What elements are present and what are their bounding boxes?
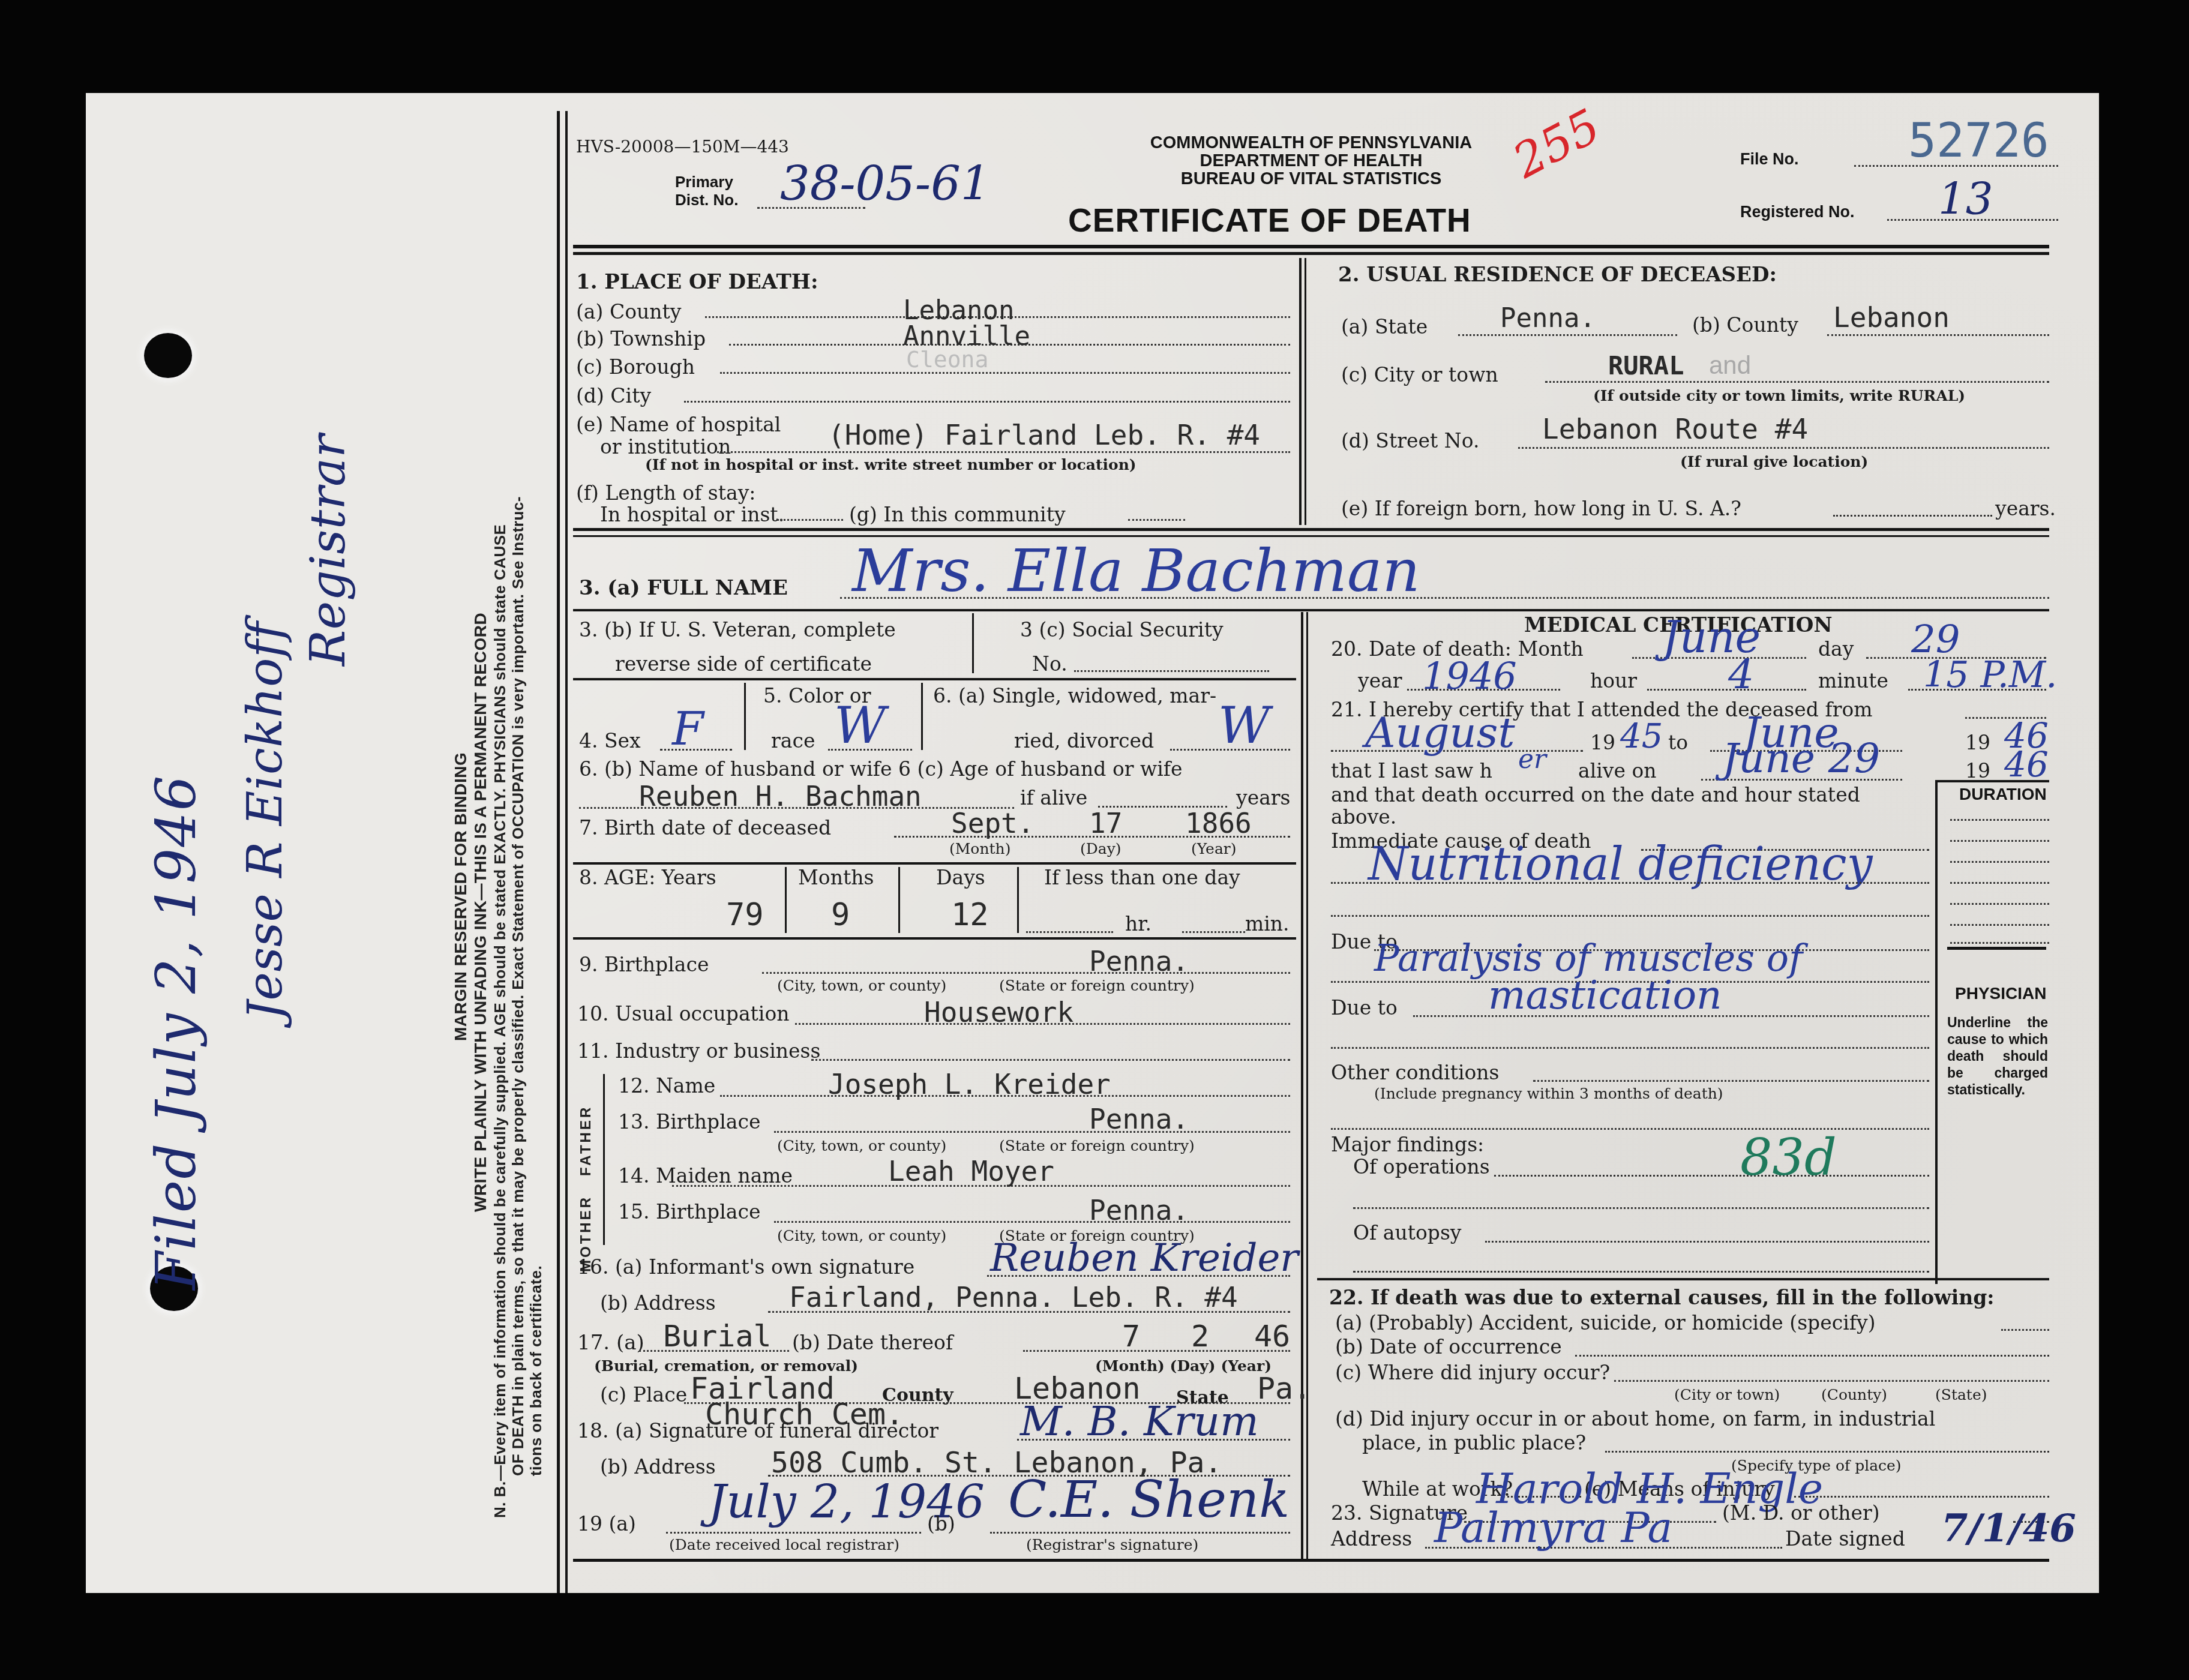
age-months-label: Months [798, 866, 874, 889]
marital-label: 6. (a) Single, widowed, mar- [933, 684, 1216, 707]
registrar-sig-line [990, 1532, 1290, 1534]
immediate-line-3 [1331, 915, 1929, 917]
res-county-value: Lebanon [1833, 301, 1950, 334]
commonwealth-heading: COMMONWEALTH OF PENNSYLVANIA [1119, 133, 1503, 153]
birth-year-caption: (Year) [1191, 840, 1237, 857]
sex-divider [744, 683, 746, 750]
death-hour-label: hour [1590, 669, 1637, 692]
hospital-label: (e) Name of hospital [576, 413, 781, 436]
primary-dist-value: 38-05-61 [780, 157, 990, 211]
instructions-line-3: tions on back of certificate. [527, 1265, 545, 1476]
death-minute-label: minute [1818, 669, 1888, 692]
filed-note: Filed July 2, 1946 [144, 775, 208, 1290]
duration-line-7 [1950, 942, 2049, 944]
parents-bracket [603, 1074, 605, 1245]
mother-birthplace-value: Penna. [1089, 1194, 1189, 1226]
age-divider-1 [785, 867, 787, 933]
sex-value: F [672, 702, 704, 755]
registrar-signature: C.E. Shenk [1008, 1470, 1290, 1529]
birth-month-caption: (Month) [949, 840, 1010, 857]
section-divider-1b [1305, 258, 1306, 525]
stay-label: (f) Length of stay: [576, 481, 755, 505]
birthplace-city-caption: (City, town, or county) [777, 977, 946, 994]
father-name-label: 12. Name [618, 1074, 715, 1097]
birth-month-value: Sept. [951, 807, 1034, 839]
borough-line [720, 372, 1290, 374]
birth-date-label: 7. Birth date of deceased [579, 816, 831, 839]
frame-left-rule-inner [565, 111, 568, 1593]
marital-label-2: ried, divorced [1014, 729, 1154, 752]
res-county-label: (b) County [1692, 313, 1798, 337]
race-divider [921, 683, 923, 750]
md-label: (M. D. or other) [1722, 1501, 1880, 1525]
funeral-director-signature: M. B. Krum [1020, 1398, 1259, 1445]
to-year-prefix: 19 [1965, 731, 1990, 754]
full-name-value: Mrs. Ella Bachman [852, 537, 1420, 605]
hospital-note: (If not in hospital or inst. write stree… [645, 456, 1137, 473]
institution-label: or institution [600, 435, 731, 458]
father-city-caption: (City, town, or county) [777, 1137, 946, 1154]
operations-line [1494, 1175, 1929, 1177]
hospital-value: (Home) Fairland Leb. R. #4 [828, 419, 1260, 451]
township-label: (b) Township [576, 327, 706, 350]
external-d-line [1605, 1451, 2049, 1453]
primary-label: Primary [675, 173, 733, 191]
spouse-value: Reuben H. Bachman [639, 780, 922, 812]
medical-divider-b [1306, 612, 1308, 1560]
duration-line-4 [1950, 882, 2049, 884]
stay-community-line [1128, 519, 1185, 521]
res-foreign-label: (e) If foreign born, how long in U. S. A… [1341, 497, 1741, 520]
industry-label: 11. Industry or business [577, 1039, 820, 1063]
external-d-label-2: place, in public place? [1362, 1431, 1586, 1454]
external-c-line [1614, 1380, 2049, 1382]
last-saw-her: er [1518, 744, 1546, 775]
age-min-label: min. [1245, 912, 1290, 935]
external-b-line [1575, 1355, 2049, 1357]
father-side-label: FATHER [578, 1105, 595, 1176]
mother-city-caption: (City, town, or county) [777, 1227, 946, 1244]
instructions-line-1: N. B.—Every item of information should b… [491, 524, 509, 1518]
res-foreign-line [1833, 515, 1992, 517]
due-to-line-4 [1331, 1047, 1929, 1049]
duration-label: DURATION [1959, 785, 2047, 804]
operations-line-2 [1353, 1207, 1929, 1209]
file-no-value: 52726 [1908, 114, 2049, 168]
registered-no-value: 13 [1938, 174, 1993, 224]
stay-hospital-label: In hospital or inst. [600, 503, 784, 526]
father-birthplace-line [774, 1131, 1290, 1133]
last-saw-date-value: June 29 [1722, 735, 1880, 782]
mother-maiden-label: 14. Maiden name [618, 1164, 793, 1187]
birthplace-line [762, 972, 1290, 974]
city-line [684, 401, 1290, 403]
age-rule [573, 937, 1296, 940]
major-findings-label: Major findings: [1331, 1133, 1484, 1156]
to-label: to [1668, 731, 1688, 754]
header-rule-1 [573, 245, 2049, 248]
death-year-value: 1946 [1422, 654, 1517, 698]
other-conditions-line [1533, 1080, 1929, 1082]
birth-day-value: 17 [1089, 807, 1122, 839]
registrar-title-margin: Registrar [300, 434, 356, 666]
sex-label: 4. Sex [579, 729, 641, 752]
age-hr-line [1026, 931, 1113, 933]
birth-rule [573, 862, 1296, 865]
occupation-label: 10. Usual occupation [577, 1002, 790, 1025]
due-to-label-2: Due to [1331, 996, 1398, 1019]
father-birthplace-label: 13. Birthplace [618, 1110, 760, 1133]
res-street-line [1518, 447, 2049, 449]
death-minute-value: 15 P.M. [1923, 654, 2057, 696]
veteran-rule [573, 678, 1296, 680]
immediate-line-2 [1331, 882, 1929, 884]
age-less-label: If less than one day [1044, 866, 1240, 889]
father-state-caption: (State or foreign country) [999, 1137, 1195, 1154]
veteran-divider [972, 613, 974, 673]
other-conditions-line-2 [1331, 1128, 1929, 1130]
age-months-value: 9 [831, 897, 850, 933]
informant-address-label: (b) Address [600, 1291, 716, 1315]
res-state-value: Penna. [1500, 303, 1596, 334]
res-state-line [1458, 334, 1677, 336]
res-city-note: (If outside city or town limits, write R… [1593, 387, 1965, 404]
physician-note: Underline the cause to which death shoul… [1947, 1014, 2048, 1098]
registrar-label: 19 (a) [577, 1512, 636, 1535]
spouse-years-label: years [1236, 786, 1291, 809]
mother-maiden-value: Leah Moyer [888, 1155, 1054, 1187]
res-street-label: (d) Street No. [1341, 429, 1479, 452]
death-day-label: day [1818, 637, 1854, 661]
last-saw-year-value: 46 [2004, 744, 2049, 785]
date-signed-label: Date signed [1785, 1527, 1905, 1550]
burial-state-value: Pa. [1257, 1371, 1311, 1406]
birth-year-value: 1866 [1185, 807, 1252, 839]
duration-line-6 [1950, 924, 2049, 926]
industry-line [811, 1059, 1290, 1061]
burial-value: Burial [663, 1319, 772, 1354]
funeral-address-label: (b) Address [600, 1455, 716, 1478]
res-city-line [1545, 381, 2049, 383]
last-saw-label: that I last saw h [1331, 759, 1492, 782]
section-divider-1 [1299, 258, 1302, 525]
birthplace-label: 9. Birthplace [579, 953, 709, 976]
burial-date-label: (b) Date thereof [792, 1331, 953, 1354]
external-c-label: (c) Where did injury occur? [1335, 1361, 1610, 1384]
burial-label: 17. (a) [577, 1331, 644, 1355]
file-no-label: File No. [1740, 150, 1799, 169]
bureau-heading: BUREAU OF VITAL STATISTICS [1119, 169, 1503, 189]
res-state-label: (a) State [1341, 315, 1428, 338]
operations-label: Of operations [1353, 1155, 1490, 1178]
age-days-value: 12 [951, 897, 989, 933]
spouse-label: 6. (b) Name of husband or wife 6 (c) Age… [579, 757, 1183, 781]
dist-dotted-line [757, 207, 865, 209]
operations-value: 83d [1740, 1128, 1837, 1187]
registrar-date-caption: (Date received local registrar) [669, 1536, 899, 1553]
external-c-county-caption: (County) [1821, 1386, 1887, 1403]
race-value: W [834, 696, 886, 755]
autopsy-line-2 [1353, 1271, 1929, 1273]
burial-county-label: County [882, 1385, 953, 1406]
ssn-label: 3 (c) Social Security [1020, 618, 1224, 641]
duration-bottom-rule [1947, 947, 2046, 950]
physician-heading: PHYSICIAN [1955, 984, 2046, 1003]
informant-signature: Reuben Kreider [990, 1236, 1299, 1280]
means-of-injury-line [1794, 1496, 2049, 1498]
death-year-label: year [1358, 669, 1402, 692]
burial-place-label: (c) Place [600, 1383, 687, 1406]
duration-line-2 [1950, 840, 2049, 842]
age-divider-2 [898, 867, 900, 933]
informant-address-value: Fairland, Penna. Leb. R. #4 [789, 1281, 1238, 1313]
age-days-label: Days [936, 866, 985, 889]
age-years-label: 8. AGE: Years [579, 866, 716, 889]
res-street-note: (If rural give location) [1680, 453, 1868, 470]
res-county-line [1827, 334, 2049, 336]
age-min-line [1182, 931, 1245, 933]
city-label: (d) City [576, 384, 651, 407]
burial-month-value: 7 [1122, 1319, 1140, 1354]
external-b-label: (b) Date of occurrence [1335, 1335, 1562, 1358]
instructions-line-2: OF DEATH in plain terms, so that it may … [509, 496, 527, 1476]
birth-day-caption: (Day) [1080, 840, 1122, 857]
external-a-line [2001, 1329, 2049, 1331]
veteran-label-2: reverse side of certificate [615, 652, 872, 676]
res-foreign-years: years. [1995, 497, 2056, 520]
section-rule-2 [573, 528, 2049, 531]
veteran-label: 3. (b) If U. S. Veteran, complete [579, 618, 896, 641]
write-plainly-text: WRITE PLAINLY WITH UNFADING INK—THIS IS … [471, 613, 490, 1212]
registered-no-label: Registered No. [1740, 203, 1855, 221]
external-c-city-caption: (City or town) [1674, 1386, 1780, 1403]
death-hour-value: 4 [1728, 651, 1754, 698]
punch-hole-top [144, 333, 192, 378]
father-birthplace-value: Penna. [1089, 1103, 1189, 1135]
date-signed-value: 7/1/46 [1941, 1506, 2076, 1551]
burial-year-value: 46 [1254, 1319, 1290, 1354]
duration-line-1 [1950, 819, 2049, 821]
due-to-value-2: mastication [1488, 972, 1722, 1018]
physician-address-value: Palmyra Pa [1434, 1503, 1672, 1552]
funeral-director-label: 18. (a) Signature of funeral director [577, 1419, 938, 1442]
form-bottom-rule [573, 1559, 2049, 1562]
from-year-prefix: 19 [1590, 731, 1615, 754]
age-divider-3 [1017, 867, 1019, 933]
external-d-label: (d) Did injury occur in or about home, o… [1335, 1407, 1935, 1430]
race-label: race [771, 729, 815, 752]
hospital-line [717, 451, 1290, 453]
physician-address-label: Address [1331, 1527, 1412, 1550]
registrar-date-line [666, 1532, 921, 1534]
county-label: (a) County [576, 300, 681, 323]
mother-birthplace-label: 15. Birthplace [618, 1200, 760, 1223]
from-year-value: 45 [1620, 717, 1663, 756]
residence-heading: 2. USUAL RESIDENCE OF DECEASED: [1338, 263, 1777, 287]
res-city-overlay: and [1709, 351, 1751, 380]
duration-divider [1935, 780, 1938, 1284]
from-month-value: August [1365, 708, 1515, 757]
duration-line-5 [1950, 903, 2049, 905]
registrar-sig-caption: (Registrar's signature) [1026, 1536, 1198, 1553]
form-number: HVS-20008—150M—443 [576, 137, 789, 157]
occupation-value: Housework [924, 996, 1073, 1028]
occurred-label-2: above. [1331, 805, 1396, 829]
death-hour-line [1647, 689, 1806, 691]
registrar-sig-label: (b) [927, 1512, 955, 1535]
burial-day-value: 2 [1191, 1319, 1209, 1354]
certificate-title: CERTIFICATE OF DEATH [1068, 201, 1471, 239]
name-rule [573, 609, 2049, 611]
burial-date-line [1023, 1350, 1290, 1352]
occurred-label: and that death occurred on the date and … [1331, 783, 1860, 806]
place-of-death-heading: 1. PLACE OF DEATH: [576, 270, 818, 294]
other-conditions-note: (Include pregnancy within 3 months of de… [1374, 1085, 1723, 1102]
marital-value: W [1218, 696, 1270, 755]
stay-hospital-line [777, 519, 843, 521]
res-street-value: Lebanon Route #4 [1542, 413, 1808, 445]
mother-birthplace-line [774, 1221, 1290, 1223]
department-heading: DEPARTMENT OF HEALTH [1119, 151, 1503, 171]
frame-left-rule [557, 111, 560, 1593]
father-name-value: Joseph L. Kreider [828, 1068, 1111, 1100]
res-city-label: (c) City or town [1341, 363, 1498, 386]
alive-on-label: alive on [1578, 759, 1657, 782]
external-c-state-caption: (State) [1935, 1386, 1987, 1403]
birthplace-value: Penna. [1089, 945, 1189, 977]
age-hr-label: hr. [1125, 912, 1152, 935]
full-name-label: 3. (a) FULL NAME [579, 576, 788, 600]
stay-community-label: (g) In this community [849, 503, 1066, 526]
borough-label: (c) Borough [576, 355, 695, 379]
other-conditions-label: Other conditions [1331, 1061, 1500, 1084]
external-heading: 22. If death was due to external causes,… [1329, 1286, 1994, 1309]
external-top-rule [1317, 1278, 2049, 1280]
last-saw-year-prefix: 19 [1965, 759, 1990, 782]
ssn-line [1074, 670, 1269, 672]
autopsy-label: Of autopsy [1353, 1221, 1462, 1244]
duration-line-3 [1950, 861, 2049, 863]
autopsy-line [1485, 1241, 1929, 1243]
informant-label: 16. (a) Informant's own signature [577, 1255, 914, 1279]
death-borough-value: Cleona [906, 346, 988, 373]
dist-no-label: Dist. No. [675, 191, 738, 209]
margin-reserved-text: MARGIN RESERVED FOR BINDING [451, 752, 470, 1041]
medical-divider [1301, 612, 1303, 1560]
registrar-signature-margin: Jesse R Eickhoff [237, 622, 293, 1020]
birthplace-state-caption: (State or foreign country) [999, 977, 1195, 994]
header-rule-2 [573, 252, 2049, 255]
spouse-alive-label: if alive [1020, 786, 1087, 809]
age-years-value: 79 [726, 897, 764, 933]
duration-top-rule [1935, 780, 2049, 782]
res-city-value: RURAL [1608, 351, 1684, 380]
external-a-label: (a) (Probably) Accident, suicide, or hom… [1335, 1311, 1876, 1334]
ssn-no-label: No. [1032, 652, 1067, 676]
